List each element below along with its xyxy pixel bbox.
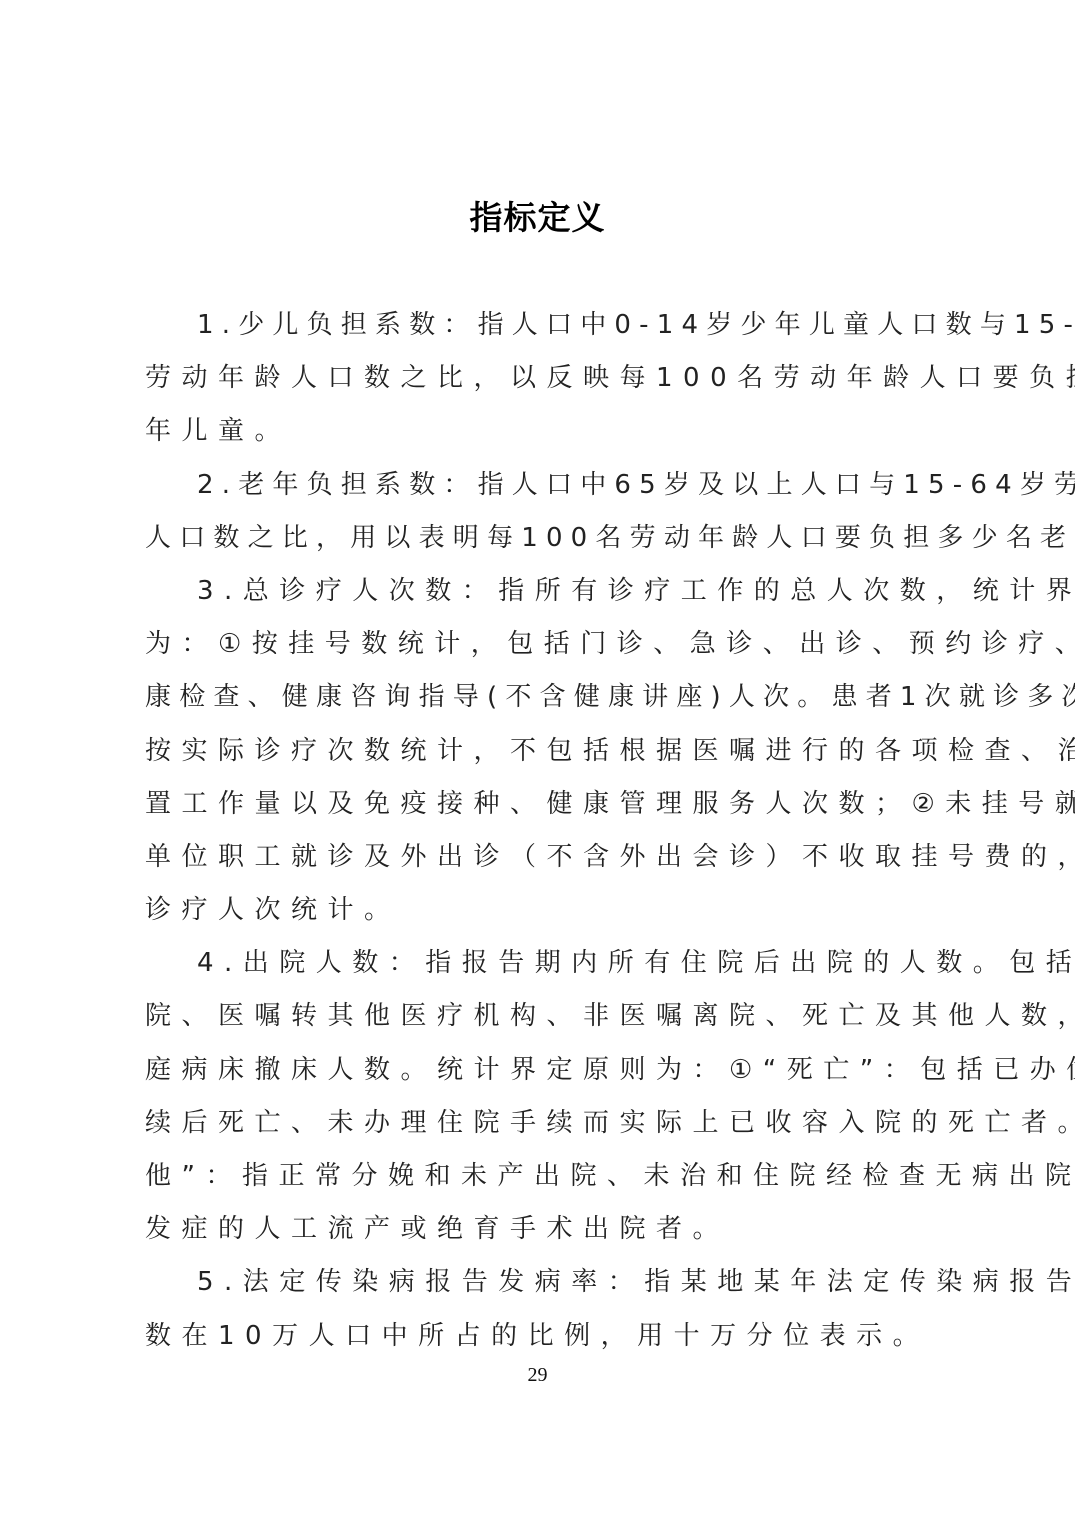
- paragraph-line: 人口数之比，用以表明每100名劳动年龄人口要负担多少名老年人。: [145, 515, 945, 568]
- section-4-chuyuan-renshu: 4.出院人数：指报告期内所有住院后出院的人数。包括医嘱离 院、医嘱转其他医疗机构…: [145, 940, 945, 1259]
- paragraph-line: 他”：指正常分娩和未产出院、未治和住院经检查无病出院、无并: [145, 1153, 945, 1206]
- document-body: 1.少儿负担系数：指人口中0-14岁少年儿童人口数与15-64岁 劳动年龄人口数…: [145, 302, 945, 1366]
- section-3-zong-zhenliao-renci: 3.总诊疗人次数：指所有诊疗工作的总人次数，统计界定原则 为：①按挂号数统计，包…: [145, 568, 945, 940]
- paragraph-line: 4.出院人数：指报告期内所有住院后出院的人数。包括医嘱离: [145, 940, 945, 993]
- paragraph-line: 劳动年龄人口数之比，以反映每100名劳动年龄人口要负担多少名少: [145, 355, 945, 408]
- section-5-fading-chuanranbing-fabinglv: 5.法定传染病报告发病率：指某地某年法定传染病报告发病人 数在10万人口中所占的…: [145, 1259, 945, 1365]
- paragraph-line: 按实际诊疗次数统计，不包括根据医嘱进行的各项检查、治疗、处: [145, 728, 945, 781]
- paragraph-line: 康检查、健康咨询指导(不含健康讲座)人次。患者1次就诊多次挂号,: [145, 674, 945, 727]
- paragraph-line: 庭病床撤床人数。统计界定原则为：①“死亡”：包括已办住院手: [145, 1047, 945, 1100]
- paragraph-line: 单位职工就诊及外出诊（不含外出会诊）不收取挂号费的，按实际: [145, 834, 945, 887]
- paragraph-line: 续后死亡、未办理住院手续而实际上已收容入院的死亡者。②“其: [145, 1100, 945, 1153]
- paragraph-line: 3.总诊疗人次数：指所有诊疗工作的总人次数，统计界定原则: [145, 568, 945, 621]
- page-title: 指标定义: [0, 196, 1075, 240]
- section-2-laonian-fudan-xishu: 2.老年负担系数：指人口中65岁及以上人口与15-64岁劳动年龄 人口数之比，用…: [145, 462, 945, 568]
- section-1-shaonian-fudan-xishu: 1.少儿负担系数：指人口中0-14岁少年儿童人口数与15-64岁 劳动年龄人口数…: [145, 302, 945, 462]
- paragraph-line: 数在10万人口中所占的比例，用十万分位表示。: [145, 1313, 945, 1366]
- paragraph-line: 2.老年负担系数：指人口中65岁及以上人口与15-64岁劳动年龄: [145, 462, 945, 515]
- paragraph-line: 年儿童。: [145, 408, 945, 461]
- paragraph-line: 为：①按挂号数统计，包括门诊、急诊、出诊、预约诊疗、单项健: [145, 621, 945, 674]
- document-page: 指标定义 1.少儿负担系数：指人口中0-14岁少年儿童人口数与15-64岁 劳动…: [0, 0, 1075, 1520]
- paragraph-line: 发症的人工流产或绝育手术出院者。: [145, 1206, 945, 1259]
- paragraph-line: 5.法定传染病报告发病率：指某地某年法定传染病报告发病人: [145, 1259, 945, 1312]
- page-number: 29: [0, 1364, 1075, 1387]
- paragraph-line: 院、医嘱转其他医疗机构、非医嘱离院、死亡及其他人数，不含家: [145, 993, 945, 1046]
- paragraph-line: 1.少儿负担系数：指人口中0-14岁少年儿童人口数与15-64岁: [145, 302, 945, 355]
- paragraph-line: 置工作量以及免疫接种、健康管理服务人次数；②未挂号就诊、本: [145, 781, 945, 834]
- paragraph-line: 诊疗人次统计。: [145, 887, 945, 940]
